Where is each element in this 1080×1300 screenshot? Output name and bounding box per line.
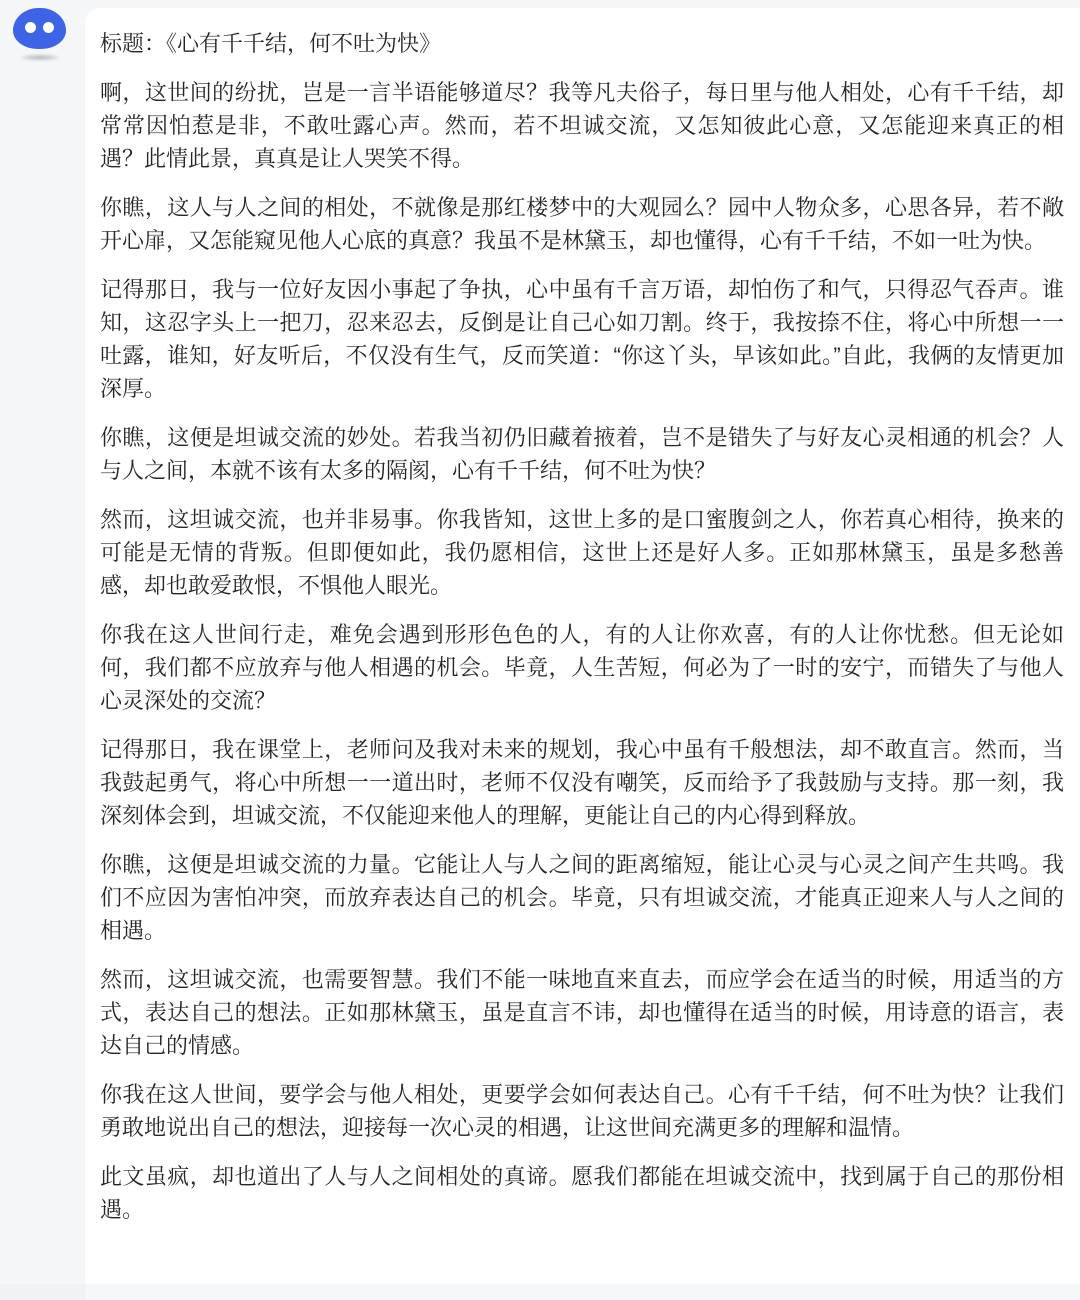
message-title: 标题：《心有千千结，何不吐为快》: [100, 27, 1064, 60]
message-paragraph: 啊，这世间的纷扰，岂是一言半语能够道尽？我等凡夫俗子，每日里与他人相处，心有千千…: [100, 76, 1064, 175]
avatar-eye-right-icon: [43, 22, 54, 33]
message-paragraph: 此文虽疯，却也道出了人与人之间相处的真谛。愿我们都能在坦诚交流中，找到属于自己的…: [100, 1160, 1064, 1226]
message-paragraph: 然而，这坦诚交流，也需要智慧。我们不能一味地直来直去，而应学会在适当的时候，用适…: [100, 963, 1064, 1062]
message-paragraph: 你瞧，这便是坦诚交流的力量。它能让人与人之间的距离缩短，能让心灵与心灵之间产生共…: [100, 848, 1064, 947]
assistant-message-bubble: 标题：《心有千千结，何不吐为快》 啊，这世间的纷扰，岂是一言半语能够道尽？我等凡…: [85, 8, 1080, 1300]
message-paragraph: 记得那日，我与一位好友因小事起了争执，心中虽有千言万语，却怕伤了和气，只得忍气吞…: [100, 273, 1064, 405]
message-paragraph: 你瞧，这便是坦诚交流的妙处。若我当初仍旧藏着掖着，岂不是错失了与好友心灵相通的机…: [100, 421, 1064, 487]
message-paragraph: 你我在这人世间行走，难免会遇到形形色色的人，有的人让你欢喜，有的人让你忧愁。但无…: [100, 618, 1064, 717]
avatar-shadow: [20, 54, 60, 61]
message-paragraph: 你瞧，这人与人之间的相处，不就像是那红楼梦中的大观园么？园中人物众多，心思各异，…: [100, 191, 1064, 257]
message-paragraph: 记得那日，我在课堂上，老师问及我对未来的规划，我心中虽有千般想法，却不敢直言。然…: [100, 733, 1064, 832]
assistant-avatar: [13, 8, 67, 61]
message-paragraph: 你我在这人世间，要学会与他人相处，更要学会如何表达自己。心有千千结，何不吐为快？…: [100, 1078, 1064, 1144]
avatar-eye-left-icon: [25, 22, 36, 33]
robot-face-icon: [13, 8, 66, 49]
message-paragraph: 然而，这坦诚交流，也并非易事。你我皆知，这世上多的是口蜜腹剑之人，你若真心相待，…: [100, 503, 1064, 602]
chat-page: 标题：《心有千千结，何不吐为快》 啊，这世间的纷扰，岂是一言半语能够道尽？我等凡…: [0, 0, 1080, 1300]
